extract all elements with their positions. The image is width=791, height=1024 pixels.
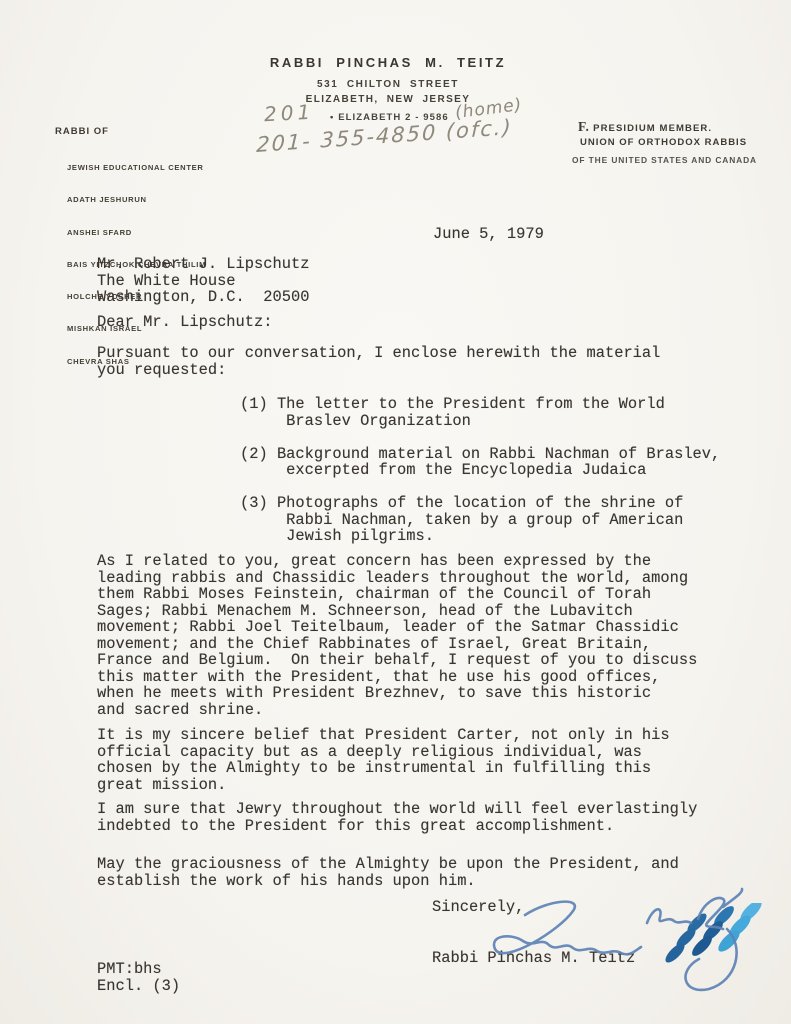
- intro-paragraph: Pursuant to our conversation, I enclose …: [97, 345, 660, 378]
- scanned-letter-page: RABBI PINCHAS M. TEITZ 531 CHILTON STREE…: [0, 0, 791, 1024]
- membership-prefix: F.: [578, 119, 589, 134]
- membership-line1: F. PRESIDIUM MEMBER.: [578, 119, 712, 135]
- body-paragraph-1: As I related to you, great concern has b…: [97, 553, 697, 718]
- phone-bullet-icon: •: [330, 112, 334, 123]
- handwritten-area-code: 201: [263, 100, 314, 127]
- body-paragraph-2: It is my sincere belief that President C…: [97, 727, 670, 793]
- membership-line2: UNION OF ORTHODOX RABBIS: [580, 137, 747, 148]
- handwritten-signature-icon: [455, 885, 755, 1010]
- letter-date: June 5, 1979: [433, 226, 544, 243]
- affiliation-item: ADATH JESHURUN: [67, 195, 206, 209]
- letterhead-name: RABBI PINCHAS M. TEITZ: [230, 55, 546, 70]
- body-paragraph-3: I am sure that Jewry throughout the worl…: [97, 801, 697, 834]
- affiliations-title: RABBI OF: [55, 126, 109, 137]
- salutation: Dear Mr. Lipschutz:: [97, 314, 272, 331]
- affiliation-item: ANSHEI SFARD: [67, 228, 206, 242]
- membership-line3: OF THE UNITED STATES AND CANADA: [572, 155, 757, 165]
- letterhead-street: 531 CHILTON STREET: [230, 79, 546, 90]
- affiliation-item: JEWISH EDUCATIONAL CENTER: [67, 163, 206, 177]
- membership-line1-text: PRESIDIUM MEMBER.: [589, 123, 712, 134]
- enclosure-list: (1) The letter to the President from the…: [240, 396, 720, 545]
- recipient-address: Mr. Robert J. Lipschutz The White House …: [97, 256, 309, 306]
- reference-block: PMT:bhs Encl. (3): [97, 961, 180, 994]
